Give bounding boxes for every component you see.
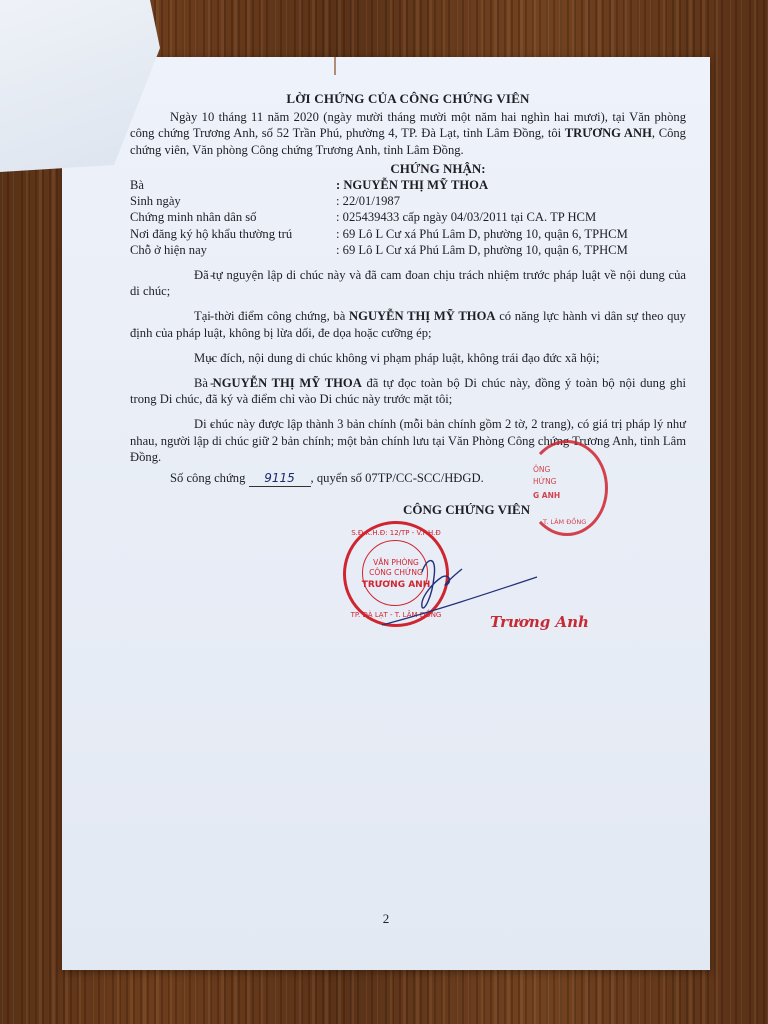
person-info-table: Bà: NGUYỄN THỊ MỸ THOASinh ngày: 22/01/1… xyxy=(130,177,686,258)
point-text: Đã tự nguyện lập di chúc này và đã cam đ… xyxy=(130,268,686,298)
page-number: 2 xyxy=(62,911,710,927)
certification-point-text: -Mục đích, nội dung di chúc không vi phạ… xyxy=(130,350,686,366)
info-label: Sinh ngày xyxy=(130,193,336,209)
certification-point: -Đã tự nguyện lập di chúc này và đã cam … xyxy=(130,267,686,299)
notary-name: TRƯƠNG ANH xyxy=(565,126,652,140)
document-title: LỜI CHỨNG CỦA CÔNG CHỨNG VIÊN xyxy=(130,91,686,107)
partial-stamp: ÔNG HỨNG G ANH T. LÂM ĐỒNG xyxy=(526,440,608,536)
notary-book: , quyển số 07TP/CC-SCC/HĐGD. xyxy=(311,471,484,485)
paper-mark xyxy=(334,57,336,75)
certification-point: -Mục đích, nội dung di chúc không vi phạ… xyxy=(130,350,686,366)
certification-points: -Đã tự nguyện lập di chúc này và đã cam … xyxy=(130,267,686,465)
stamp-partial-line2: HỨNG xyxy=(533,477,557,487)
point-bold-name: NGUYỄN THỊ MỸ THOA xyxy=(213,376,362,390)
stamp-partial-line1: ÔNG xyxy=(533,465,550,475)
notary-number-label: Số công chứng xyxy=(170,471,245,485)
info-value-bold: : NGUYỄN THỊ MỸ THOA xyxy=(336,178,488,192)
info-value: : 69 Lô L Cư xá Phú Lâm D, phường 10, qu… xyxy=(336,242,686,258)
notary-name-stamp: Trương Anh xyxy=(490,613,589,631)
certification-point: -Bà NGUYỄN THỊ MỸ THOA đã tự đọc toàn bộ… xyxy=(130,375,686,407)
stamp-partial-line3: G ANH xyxy=(533,491,560,501)
info-label: Chứng minh nhân dân số xyxy=(130,209,336,225)
point-text: Di chúc này được lập thành 3 bản chính (… xyxy=(130,417,686,463)
certification-point-text: -Tại thời điểm công chứng, bà NGUYỄN THỊ… xyxy=(130,308,686,340)
point-bold-name: NGUYỄN THỊ MỸ THOA xyxy=(349,309,495,323)
bullet-dash: - xyxy=(170,308,194,324)
document-body: LỜI CHỨNG CỦA CÔNG CHỨNG VIÊN Ngày 10 th… xyxy=(130,91,686,487)
stamp-rim-top: S.Đ.K.H.Đ: 12/TP - V.P.H.Đ xyxy=(346,529,446,537)
certification-point: -Di chúc này được lập thành 3 bản chính … xyxy=(130,416,686,465)
bullet-dash: - xyxy=(170,416,194,432)
notary-title: CÔNG CHỨNG VIÊN xyxy=(403,502,530,518)
intro-paragraph: Ngày 10 tháng 11 năm 2020 (ngày mười thá… xyxy=(130,109,686,158)
info-label: Chỗ ở hiện nay xyxy=(130,242,336,258)
certification-point: -Tại thời điểm công chứng, bà NGUYỄN THỊ… xyxy=(130,308,686,340)
certification-point-text: -Di chúc này được lập thành 3 bản chính … xyxy=(130,416,686,465)
certification-point-text: -Bà NGUYỄN THỊ MỸ THOA đã tự đọc toàn bộ… xyxy=(130,375,686,407)
info-value: : NGUYỄN THỊ MỸ THOA xyxy=(336,177,686,193)
info-label: Nơi đăng ký hộ khẩu thường trú xyxy=(130,226,336,242)
info-value: : 69 Lô L Cư xá Phú Lâm D, phường 10, qu… xyxy=(336,226,686,242)
document-page: LỜI CHỨNG CỦA CÔNG CHỨNG VIÊN Ngày 10 th… xyxy=(62,57,710,970)
info-label: Bà xyxy=(130,177,336,193)
certify-heading: CHỨNG NHẬN: xyxy=(130,161,686,177)
point-text: Bà xyxy=(194,376,213,390)
point-text: Tại thời điểm công chứng, bà xyxy=(194,309,349,323)
stamp-partial-rim: T. LÂM ĐỒNG xyxy=(543,517,586,527)
info-value: : 22/01/1987 xyxy=(336,193,686,209)
point-text: Mục đích, nội dung di chúc không vi phạm… xyxy=(194,351,600,365)
bullet-dash: - xyxy=(170,267,194,283)
info-value: : 025439433 cấp ngày 04/03/2011 tại CA. … xyxy=(336,209,686,225)
notary-number-handwritten: 9115 xyxy=(249,470,311,487)
bullet-dash: - xyxy=(170,375,194,391)
certification-point-text: -Đã tự nguyện lập di chúc này và đã cam … xyxy=(130,267,686,299)
bullet-dash: - xyxy=(170,350,194,366)
